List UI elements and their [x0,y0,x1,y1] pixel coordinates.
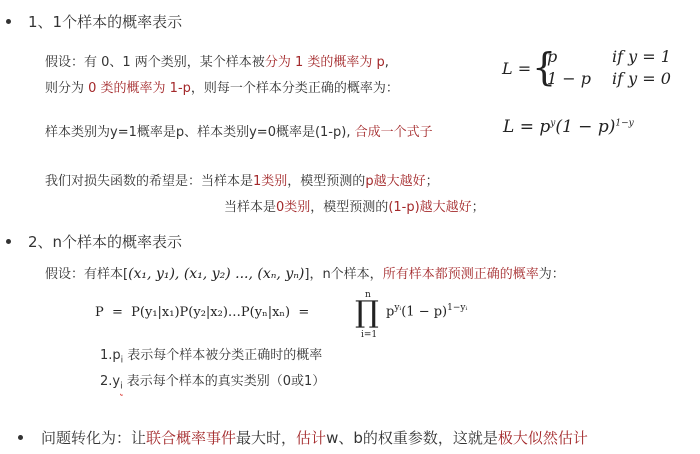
note-1: 1.pi 表示每个样本被分类正确时的概率 [100,344,322,366]
bullet-icon [6,239,11,244]
section1-line1: 假设：有 0、1 两个类别，某个样本被分为 1 类的概率为 p, [45,51,389,70]
section1-line3: 样本类别为y=1概率是p、样本类别y=0概率是(1-p), 合成一个式子 [45,121,433,140]
section1-title: 1、1个样本的概率表示 [28,11,182,32]
formula-combined: L = py(1 − p)1−y [503,117,634,137]
conclusion-line: 问题转化为：让联合概率事件最大时，估计w、b的权重参数，这就是极大似然估计 [41,427,588,448]
section2-title: 2、n个样本的概率表示 [28,231,182,252]
hope-line1: 我们对损失函数的希望是：当样本是1类别，模型预测的p越大越好； [45,170,439,189]
hope-line2: 当样本是0类别，模型预测的(1-p)越大越好； [224,196,485,215]
formula-piecewise: L = { p if y = 1 1 − p if y = 0 [500,47,700,91]
product-icon: ∏ [355,298,379,328]
section2-assumption: 假设：有样本[(x₁, y₁), (x₁, y₂) ..., (xₙ, yₙ)]… [45,263,565,282]
formula-lhs: L = [502,59,531,78]
note-2: 2.yi 表示每个样本的真实类别（0或1） [100,370,325,392]
bullet-icon [18,435,23,440]
formula-product: P = P(y₁|x₁)P(y₂|x₂)…P(yₙ|xₙ) = n ∏ i=1 … [95,290,495,342]
bullet-icon [6,19,11,24]
section1-line2: 则分为 0 类的概率为 1-p，则每一个样本分类正确的概率为： [45,77,399,96]
